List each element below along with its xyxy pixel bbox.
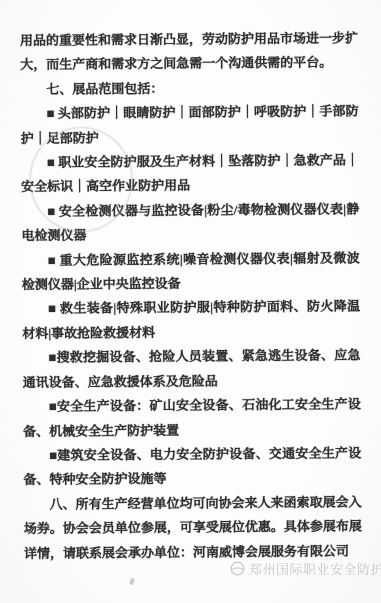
scanned-page: 用品的重要性和需求日渐凸显，劳动防护用品市场进一步扩大，而生产商和需求方之间急需… <box>0 0 381 603</box>
exhibit-item-head-protection: ■ 头部防护｜眼睛防护｜面部防护｜呼吸防护｜手部防护｜足部防护 <box>20 100 358 151</box>
bottom-watermark: 郑州国际职业安全防护用品 <box>229 559 381 578</box>
exhibit-item-production-safety: ■安全生产设备：矿山安全设备、石油化工安全生产设备、机械安全生产防护装置 <box>23 392 361 443</box>
exhibit-item-protective-clothing: ■ 职业安全防护服及生产材料｜坠落防护｜急救产品｜安全标识｜高空作业防护用品 <box>21 148 359 199</box>
document-content: 用品的重要性和需求日渐凸显，劳动防护用品市场进一步扩大，而生产商和需求方之间急需… <box>20 26 362 566</box>
exhibit-item-hazard-monitoring: ■ 重大危险源监控系统|噪音检测仪器仪表|辐射及微波检测仪器|企业中央监控设备 <box>22 246 360 297</box>
circular-logo-icon <box>229 560 246 577</box>
section-8-paragraph: 八、所有生产经营单位均可向协会来人来函索取展会入场券。协会会员单位参展，可享受展… <box>24 490 363 566</box>
exhibit-item-detection-instruments: ■ 安全检测仪器与监控设备|粉尘/毒物检测仪器仪表|静电检测仪器 <box>21 197 359 248</box>
section-7-heading: 七、展品范围包括： <box>20 75 358 102</box>
watermark-text: 郑州国际职业安全防护用品 <box>249 559 381 578</box>
scan-speck <box>129 578 135 586</box>
exhibit-item-rescue-equipment: ■ 救生装备|特殊职业防护服|特种防护面料、防火降温材料|事故抢险救援材料 <box>22 295 360 346</box>
exhibit-item-emergency-equipment: ■搜救挖掘设备、抢险人员装置、紧急逃生设备、应急通讯设备、应急救援体系及危险品 <box>22 344 360 395</box>
exhibit-item-construction-safety: ■建筑安全设备、电力安全防护设备、交通安全生产设备、特种安全防护设施等 <box>23 441 361 492</box>
intro-paragraph: 用品的重要性和需求日渐凸显，劳动防护用品市场进一步扩大，而生产商和需求方之间急需… <box>20 26 358 77</box>
